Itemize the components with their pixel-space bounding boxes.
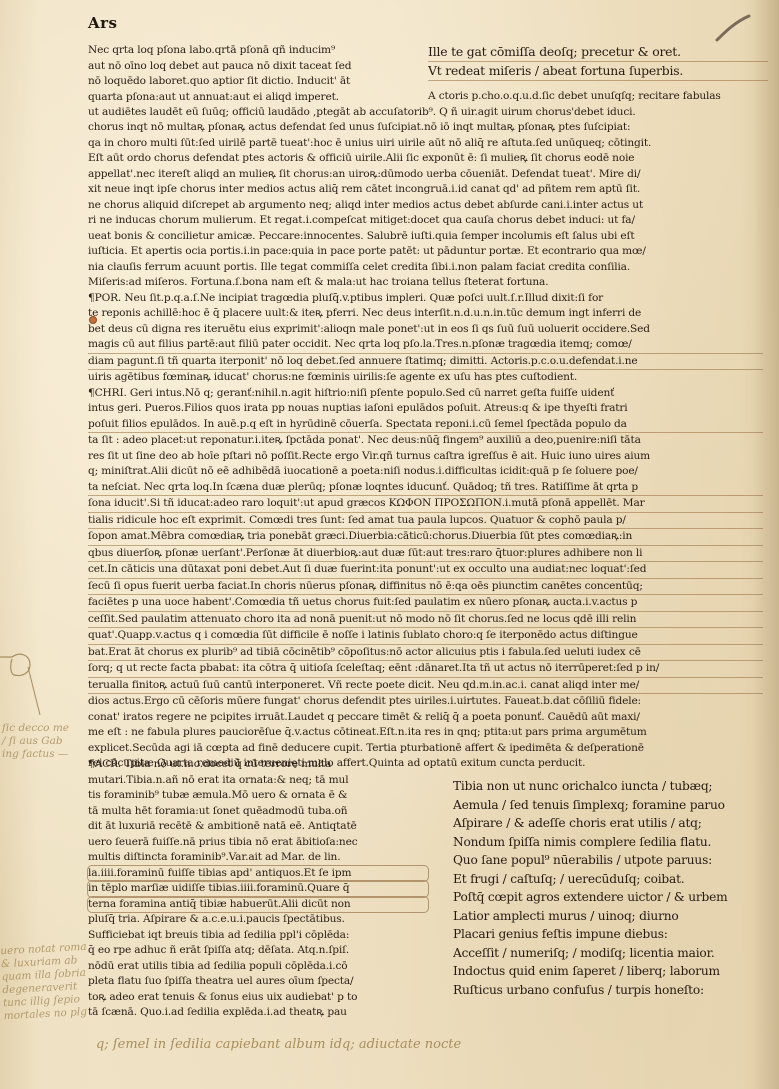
verse-line: Et frugi / caſtuſq; / uerecūduſq; coibat… — [453, 870, 773, 889]
verse-line: Poſtq̄ cœpit agros extendere uictor / & … — [453, 888, 773, 907]
commentary-line-boxed: in tēplo marſiæ uidiſſe tibias.iiii.fora… — [88, 881, 428, 897]
marginal-sketch-icon — [0, 645, 45, 720]
verse-top: Ille te gat cōmiſſa deoſq; precetur & or… — [428, 43, 768, 81]
commentary-line: te reponis achillē:hoc ē q̄ placere uult… — [88, 306, 763, 322]
commentary-line: faciētes p una uoce habent'.Comœdia tñ u… — [88, 595, 763, 612]
commentary-acr: ¶ACR. Tibia nō ut.n.o.docet q̄ cū terror… — [88, 757, 428, 1021]
commentary-line: iuſticia. Et apertis ocia portis.i.in pa… — [88, 244, 763, 260]
commentary-line: ne chorus aliquid diſcrepet ab argumento… — [88, 198, 763, 214]
commentary-main: A ctoris p.cho.o.q.u.d.ſic debet unuſqſq… — [88, 89, 763, 772]
verse-line: Acceſſit / numeriſq; / modiſq; licentia … — [453, 944, 773, 963]
verse-bottom: Tibia non ut nunc orichalco iuncta / tub… — [453, 777, 773, 999]
commentary-line: appellat'.nec itereſt aliqd an mulieꝶ ſi… — [88, 167, 763, 183]
commentary-line: bat.Erat āt chorus ex plurib⁹ ad tibiā c… — [88, 645, 763, 662]
commentary-line: Miſeris:ad miſeros. Fortuna.ſ.bona nam e… — [88, 275, 763, 291]
marginal-note-line: ing factus — — [2, 748, 69, 761]
commentary-line: intus geri. Pueros.Filios quos irata pp … — [88, 401, 763, 417]
commentary-line: xit neue inqt ipſe chorus inter medios a… — [88, 182, 763, 198]
verse-line: Indoctus quid enim ſaperet / liberq; lab… — [453, 962, 773, 981]
marginal-note-bottom: q; ſemel in ſedilia capiebant album idq;… — [96, 1037, 461, 1052]
commentary-line: ta neſciat. Nec qrta loq.In ſcæna duæ pl… — [88, 480, 763, 497]
commentary-line: tā multa hēt foramia:ut ſonet quēadmodū … — [88, 804, 428, 820]
commentary-line: ſopon amat.Mēbra comœdiaꝶ tria ponebāt g… — [88, 529, 763, 546]
commentary-line: res ſit ut ſine deo ab hoīe pſtari nō po… — [88, 449, 763, 465]
commentary-line: dit āt luxuriā recētē & ambitionē natā e… — [88, 819, 428, 835]
commentary-line: ut audiētes laudēt eū ſuūq; officiū laud… — [88, 105, 763, 121]
commentary-line: terualla finitoꝶ actuū ſuū cantū interpo… — [88, 678, 763, 695]
marginal-note-line: / ſi aus Gab — [2, 735, 69, 748]
marginal-note-bottom-left: uero notat roma & luxuriam ab quam illa … — [0, 941, 90, 1023]
ink-stroke-icon — [715, 14, 751, 42]
commentary-line: uero ſeuerā fuiſſe.nā prius tibia nō era… — [88, 835, 428, 851]
manuscript-page: Ars Nec qrta loq pſona labo.qrtā pſonā q… — [0, 0, 779, 1089]
commentary-line: Eſt aūt ordo chorus defendat ptes actori… — [88, 151, 763, 167]
commentary-line: diam pagunt.ſi tñ quarta iterponit' nō l… — [88, 354, 763, 371]
commentary-line: nia clauſis ferrum acuunt portis. Ille t… — [88, 260, 763, 276]
commentary-line: Sufficiebat iqt breuis tibia ad ſedilia … — [88, 928, 428, 944]
commentary-line: q; miniſtrat.Alii dicūt nō eē adhibēdā i… — [88, 464, 763, 480]
commentary-line: pleta flatu ſuo ſpiſſa theatra uel aures… — [88, 974, 428, 990]
commentary-line: toꝶ adeo erat tenuis & ſonus eius uix au… — [88, 990, 428, 1006]
marginal-note-mid: ſic decco me / ſi aus Gab ing factus — — [2, 722, 69, 761]
commentary-line: Nec qrta loq pſona labo.qrtā pſonā qñ in… — [88, 43, 428, 59]
commentary-line: nō loquēdo laboret.quo aptior ſit dictio… — [88, 74, 428, 90]
commentary-line: A ctoris p.cho.o.q.u.d.ſic debet unuſqſq… — [88, 89, 763, 105]
red-ink-mark — [89, 316, 97, 324]
commentary-line: bet deus cū digna res iteruētu eius expr… — [88, 322, 763, 338]
commentary-line-boxed: terna foramina antiq̄ tibiæ habuerūt.Ali… — [88, 897, 428, 913]
commentary-line: tis foraminib⁹ tubæ æmula.Mō uero & orna… — [88, 788, 428, 804]
commentary-line-boxed: la.iiii.foraminū fuiſſe tibias apd' anti… — [88, 866, 428, 882]
commentary-line-por: ¶POR. Neu ſit.p.q.a.ſ.Ne incipiat tragœd… — [88, 291, 763, 307]
commentary-line: ta ſit : adeo placet:ut reponatur.i.iteꝶ… — [88, 433, 763, 449]
running-head: Ars — [88, 14, 118, 32]
marginal-note-line: ſic decco me — [2, 722, 69, 735]
commentary-line: mutari.Tibia.n.añ nō erat ita ornata:& n… — [88, 773, 428, 789]
commentary-line: ceſſit.Sed paulatim attenuato choro ita … — [88, 612, 763, 629]
verse-line: Aſpirare / & adeſſe choris erat utilis /… — [453, 814, 773, 833]
commentary-line: qa in choro multi ſūt:ſed uirilē partē t… — [88, 136, 763, 152]
commentary-line: tialis ridicule hoc eſt exprimit. Comœdi… — [88, 513, 763, 530]
commentary-line: nōdū erat utilis tibia ad ſedilia populi… — [88, 959, 428, 975]
commentary-line: qbus diuerſoꝶ pſonæ uerſant'.Perſonæ āt … — [88, 546, 763, 563]
commentary-line: dios actus.Ergo cū cēſoris mūere fungat'… — [88, 694, 763, 710]
verse-line: Ille te gat cōmiſſa deoſq; precetur & or… — [428, 43, 768, 62]
commentary-line: ſona iducit'.Si tñ iducat:adeo raro loqu… — [88, 496, 763, 513]
verse-line: Aemula / ſed tenuis ſimplexq; foramine p… — [453, 796, 773, 815]
commentary-line: q̄ eo rpe adhuc ñ erāt ſpiſſa atq; dēſat… — [88, 943, 428, 959]
commentary-line: ueat bonis & concilietur amicæ. Peccare:… — [88, 229, 763, 245]
commentary-line: poſuit filios epulādos. In auē.p.q eſt i… — [88, 417, 763, 434]
commentary-line: conat' iratos regere ne pcipites irruāt.… — [88, 710, 763, 726]
commentary-line: ſorq; q ut recte facta pbabat: ita cōtra… — [88, 661, 763, 678]
commentary-line: magis cū aut filius partē:aut filiū pate… — [88, 337, 763, 354]
commentary-line: multis diſtincta foraminib⁹.Var.ait ad M… — [88, 850, 428, 866]
verse-line: Vt redeat miſeris / abeat fortuna ſuperb… — [428, 62, 768, 81]
verse-line: Nondum ſpiſſa nimis complere ſedilia fla… — [453, 833, 773, 852]
commentary-line: aut nō oīno loq debet aut pauca nō dixit… — [88, 59, 428, 75]
commentary-line: ri ne inducas chorum mulierum. Et regat.… — [88, 213, 763, 229]
commentary-line: ſecū ſi opus fuerit uerba faciat.In chor… — [88, 579, 763, 596]
verse-line: Latior amplecti murus / uinoq; diurno — [453, 907, 773, 926]
commentary-line: cet.In cāticis una dūtaxat poni debet.Au… — [88, 562, 763, 579]
commentary-line-acr: ¶ACR. Tibia nō ut.n.o.docet q̄ cū terror… — [88, 757, 428, 773]
verse-line: Quo ſane popul⁹ nūerabilis / utpote paru… — [453, 851, 773, 870]
commentary-line: pluſq̄ tria. Aſpirare & a.c.e.u.i.paucis… — [88, 912, 428, 928]
verse-line: Tibia non ut nunc orichalco iuncta / tub… — [453, 777, 773, 796]
commentary-line: chorus inqt nō multaꝶ pſonaꝶ actus defen… — [88, 120, 763, 136]
commentary-line-chri: ¶CHRI. Geri intus.Nō q; geranť:nihil.n.a… — [88, 386, 763, 402]
commentary-line: uiris agētibus fœminaꝶ iducat' chorus:ne… — [88, 370, 763, 386]
commentary-line: tā ſcænā. Quo.i.ad ſedilia explēda.i.ad … — [88, 1005, 428, 1021]
verse-line: Placari genius feſtis impune diebus: — [453, 925, 773, 944]
commentary-line: explicet.Secūda agi iā cœpta ad finē ded… — [88, 741, 763, 757]
verse-line: Ruſticus urbano confuſus / turpis honeſt… — [453, 981, 773, 1000]
commentary-line: me eſt : ne fabula plures pauciorēſue q̄… — [88, 725, 763, 741]
commentary-line: quat'.Quapp.v.actus q i comœdia ſūt diff… — [88, 628, 763, 645]
